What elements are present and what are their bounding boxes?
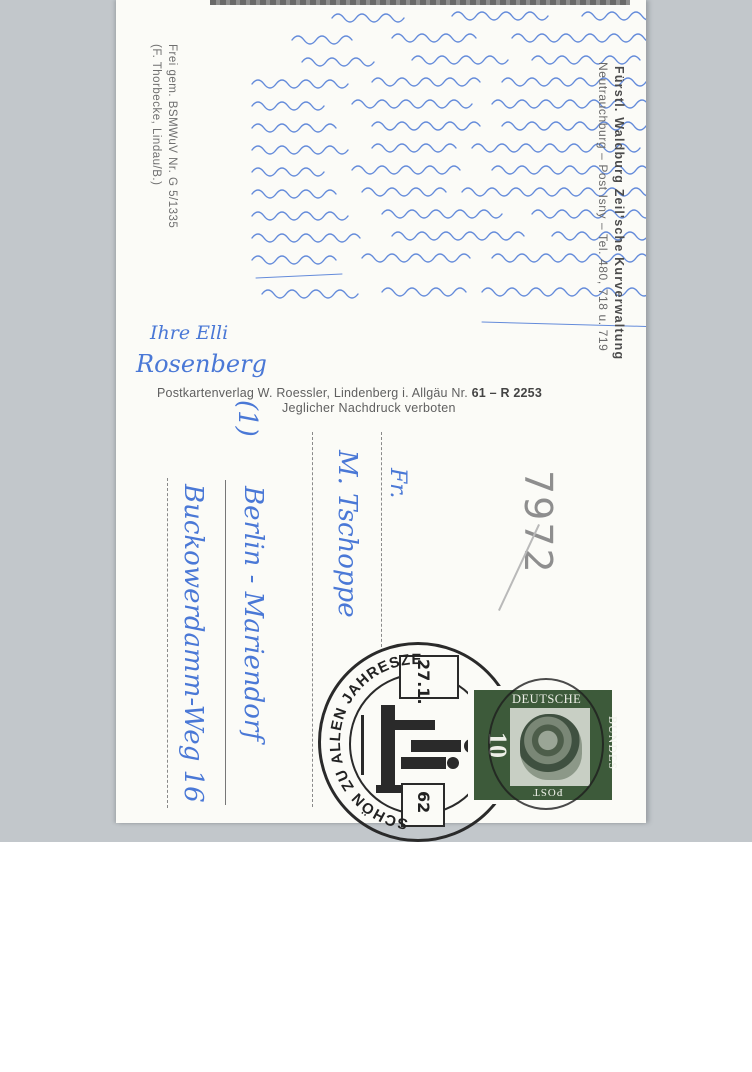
signature-closing: Ihre Elli — [150, 322, 228, 344]
postage-stamp: DEUTSCHE BUNDES POST 10 — [468, 686, 618, 804]
publisher-text: Postkartenverlag W. Roessler, Lindenberg… — [157, 386, 468, 400]
publisher-imprint: Postkartenverlag W. Roessler, Lindenberg… — [157, 386, 542, 400]
address-recipient: M. Tschoppe — [332, 450, 362, 618]
signature-name: Rosenberg — [136, 350, 267, 378]
address-city: Berlin - Mariendorf — [238, 486, 268, 741]
reprint-notice: Jeglicher Nachdruck verboten — [282, 401, 456, 415]
postmark-slogan: SCHÖN ZU ALLEN JAHRESZEITEN — [318, 642, 423, 832]
card-deckled-top-edge — [210, 0, 630, 5]
publisher-number: 61 – R 2253 — [472, 386, 542, 400]
address-line-4 — [381, 432, 382, 652]
handwritten-message — [242, 4, 646, 324]
address-line-2 — [225, 480, 226, 805]
franking-printer: (F. Thorbecke, Lindau/B.) — [150, 44, 162, 185]
address-line-1 — [167, 478, 168, 808]
sender-name: Fürstl. Waldburg Zeil'sche Kurverwaltung — [612, 66, 626, 360]
stamp-side-text: BUNDES — [605, 716, 620, 770]
sender-address: Neutrauchburg – Post Isny – Tel. 480, 71… — [596, 62, 610, 351]
address-marker: (1) — [232, 400, 262, 437]
address-street: Buckowerdamm-Weg 16 — [178, 484, 208, 803]
address-salutation: Fr. — [385, 468, 410, 498]
franking-permit: Frei gem. BSMWuV Nr. G 5/1335 — [166, 44, 178, 228]
stamp-cancellation-ring — [488, 678, 604, 810]
address-line-3 — [312, 432, 313, 807]
svg-text:SCHÖN ZU ALLEN JAHRESZEITEN: SCHÖN ZU ALLEN JAHRESZEITEN — [318, 642, 423, 832]
handwriting-squiggles — [242, 4, 646, 334]
